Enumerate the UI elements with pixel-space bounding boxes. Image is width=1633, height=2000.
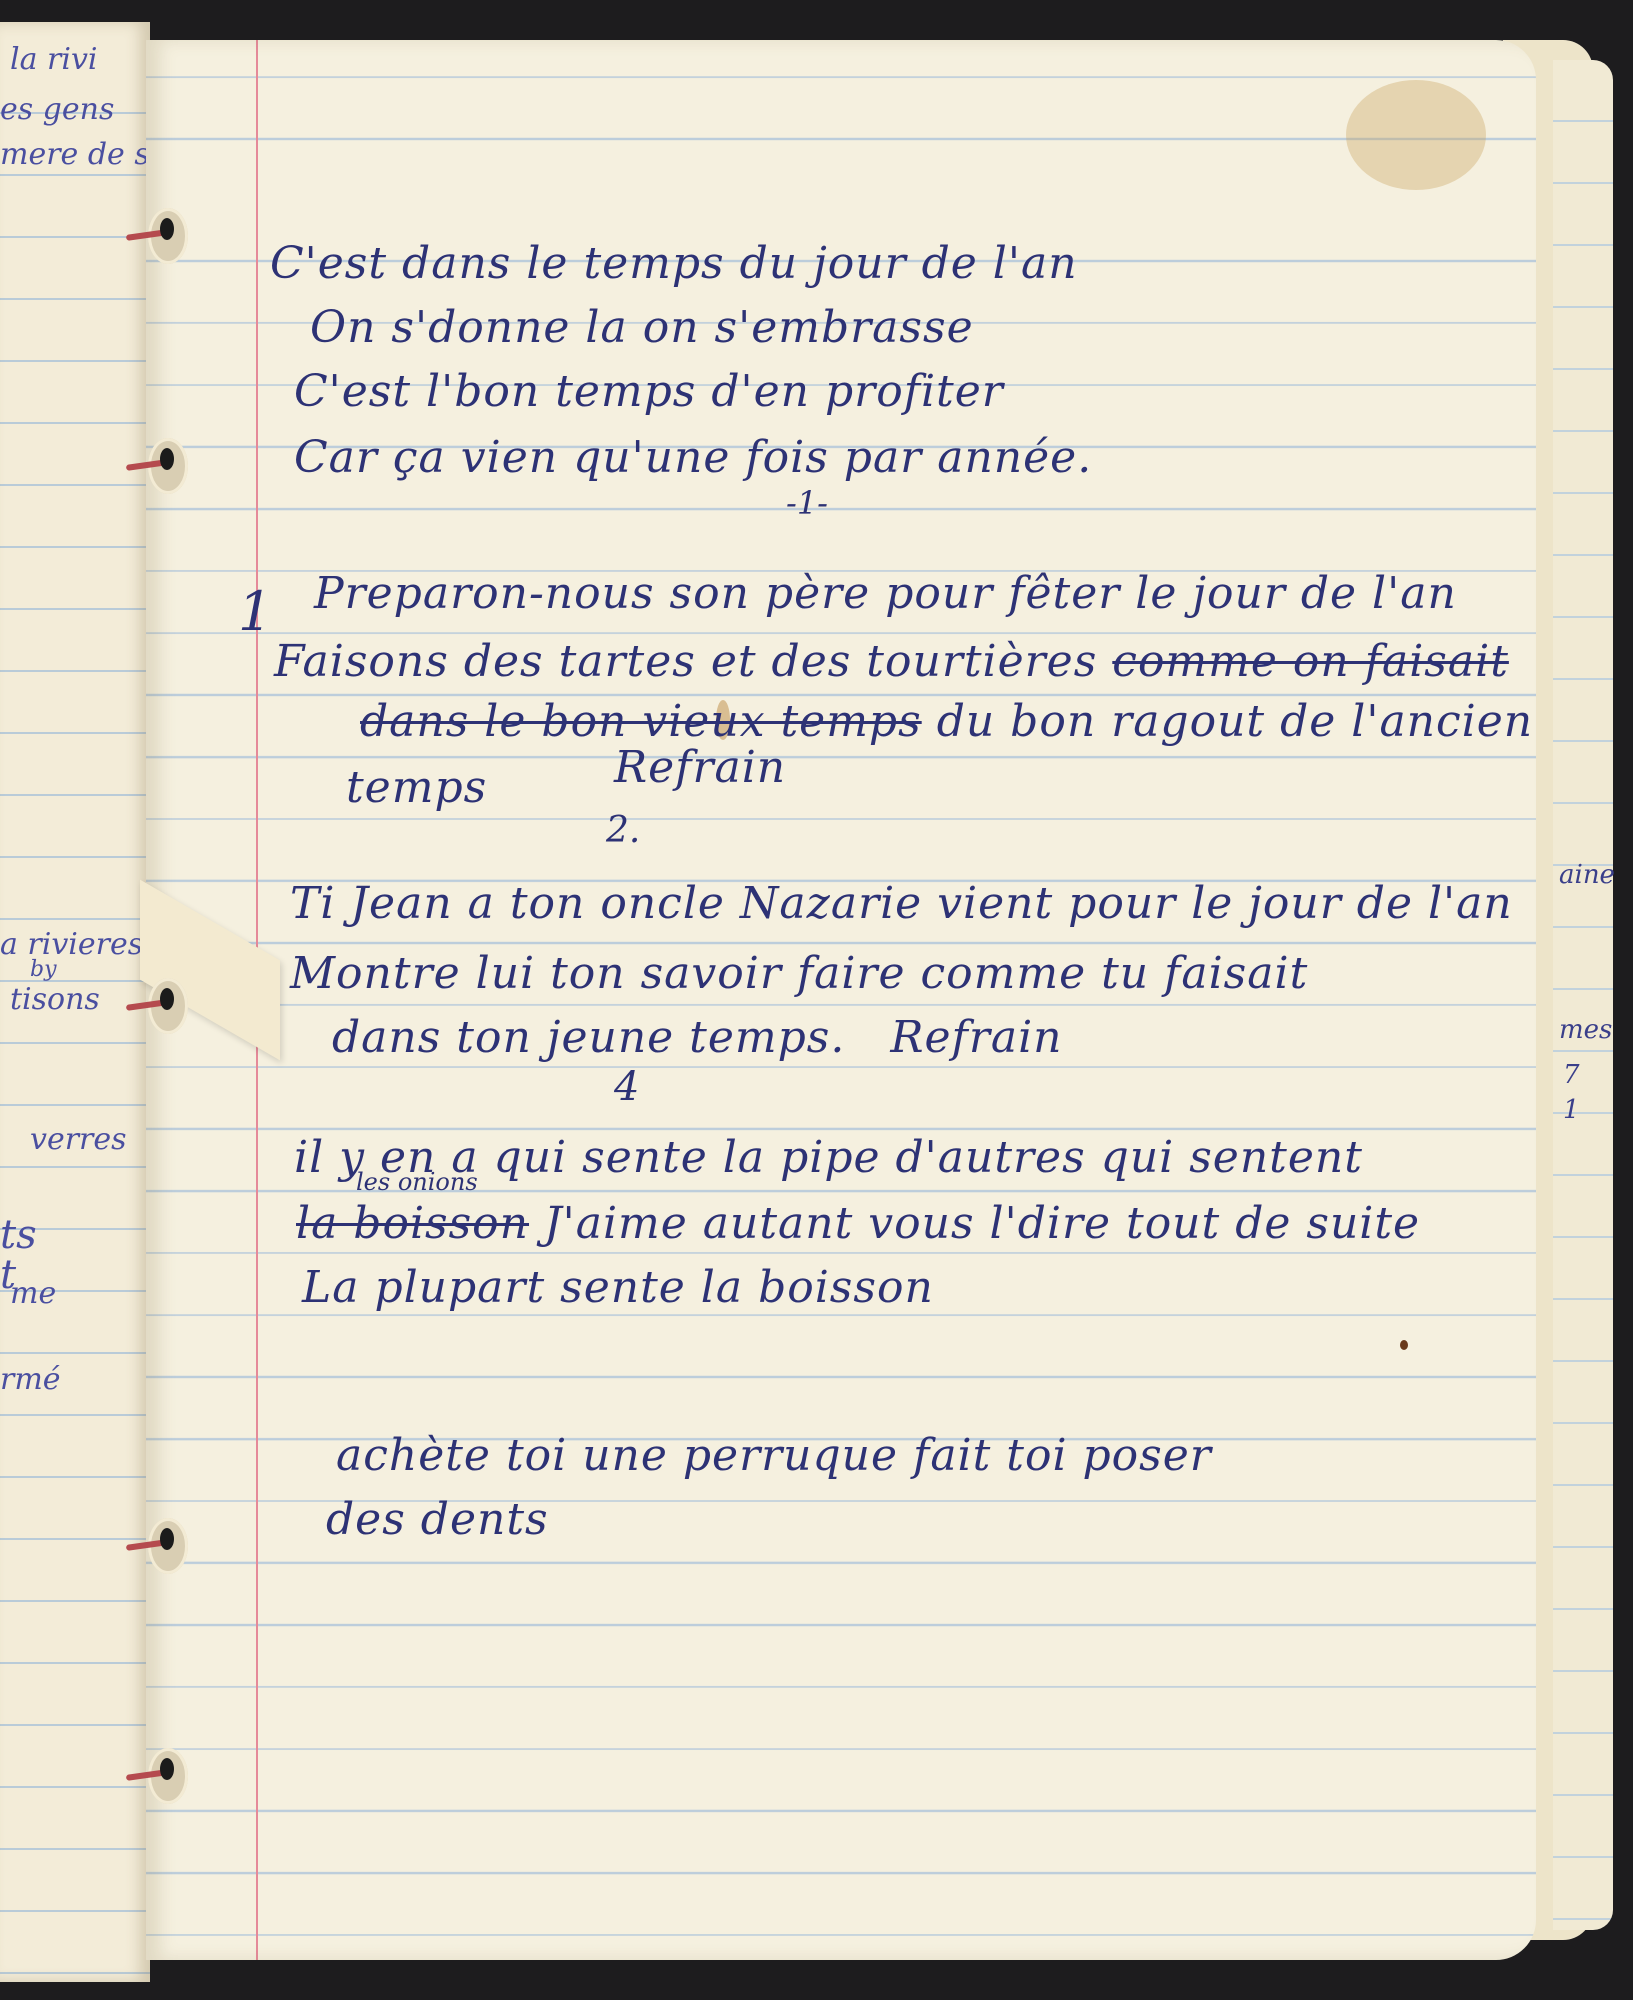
edge-fragment: aine <box>1559 860 1615 890</box>
page-stack-inner-edge: aine mes 7 1 <box>1553 60 1613 1930</box>
refrain-line: C'est dans le temps du jour de l'an <box>270 238 1078 289</box>
left-page-fragment: mere de se <box>0 137 167 172</box>
edge-fragment: 7 <box>1563 1060 1580 1090</box>
verse-line: la boisson J'aime autant vous l'dire tou… <box>296 1198 1420 1249</box>
left-page-fragment: verres <box>30 1122 127 1157</box>
binding-hole <box>148 1518 188 1574</box>
verse-number: -1- <box>786 484 828 522</box>
struck-text: dans le bon vieux temps <box>360 696 922 747</box>
struck-text: comme on faisait <box>1112 636 1509 687</box>
left-page-fragment: es gens <box>0 92 114 127</box>
notebook-page: C'est dans le temps du jour de l'an On s… <box>146 40 1536 1960</box>
verse-line: achète toi une perruque fait toi poser <box>336 1430 1212 1481</box>
verse-text: J'aime autant vous l'dire tout de suite <box>544 1198 1420 1249</box>
ink-spot <box>1400 1340 1408 1350</box>
verse-line: temps <box>346 762 487 813</box>
refrain-line: Car ça vien qu'une fois par année. <box>294 432 1092 483</box>
verse-line: dans le bon vieux temps du bon ragout de… <box>360 696 1533 747</box>
paper-stain <box>1346 80 1486 190</box>
refrain-label: Refrain <box>890 1012 1062 1063</box>
left-page-fragment: a rivieres <box>0 927 143 962</box>
binding-hole <box>148 1748 188 1804</box>
verse-line: Ti Jean a ton oncle Nazarie vient pour l… <box>290 878 1513 929</box>
margin-mark: 1 <box>238 580 272 643</box>
verse-line: Montre lui ton savoir faire comme tu fai… <box>290 948 1308 999</box>
edge-fragment: mes <box>1559 1015 1612 1045</box>
verse-number: 4 <box>614 1064 639 1110</box>
left-page-fragment: me <box>10 1276 56 1311</box>
left-page-fragment: rmé <box>0 1362 61 1397</box>
binding-hole <box>148 978 188 1034</box>
verse-line: des dents <box>326 1494 549 1545</box>
left-page-fragment: by <box>30 957 57 982</box>
left-page-fragment: tisons <box>10 982 100 1017</box>
binding-hole <box>148 208 188 264</box>
left-page-fragment: la rivi <box>10 42 98 77</box>
struck-text: la boisson <box>296 1198 529 1249</box>
refrain-label: Refrain <box>614 742 786 793</box>
refrain-line: C'est l'bon temps d'en profiter <box>294 366 1004 417</box>
verse-line: Faisons des tartes et des tourtières com… <box>274 636 1509 687</box>
binding-hole <box>148 438 188 494</box>
verse-line: La plupart sente la boisson <box>302 1262 934 1313</box>
refrain-line: On s'donne la on s'embrasse <box>310 302 974 353</box>
verse-text: Faisons des tartes et des tourtières <box>274 636 1097 687</box>
verse-line: Preparon-nous son père pour fêter le jou… <box>314 568 1457 619</box>
left-page: la rivi es gens mere de se a rivieres by… <box>0 22 150 1982</box>
verse-number: 2. <box>606 810 640 851</box>
verse-line: dans ton jeune temps. Refrain <box>332 1012 1063 1063</box>
inserted-correction: les onions <box>356 1168 478 1196</box>
verse-text: dans ton jeune temps. <box>332 1012 845 1063</box>
edge-fragment: 1 <box>1563 1095 1580 1125</box>
verse-text: du bon ragout de l'ancien <box>937 696 1533 747</box>
